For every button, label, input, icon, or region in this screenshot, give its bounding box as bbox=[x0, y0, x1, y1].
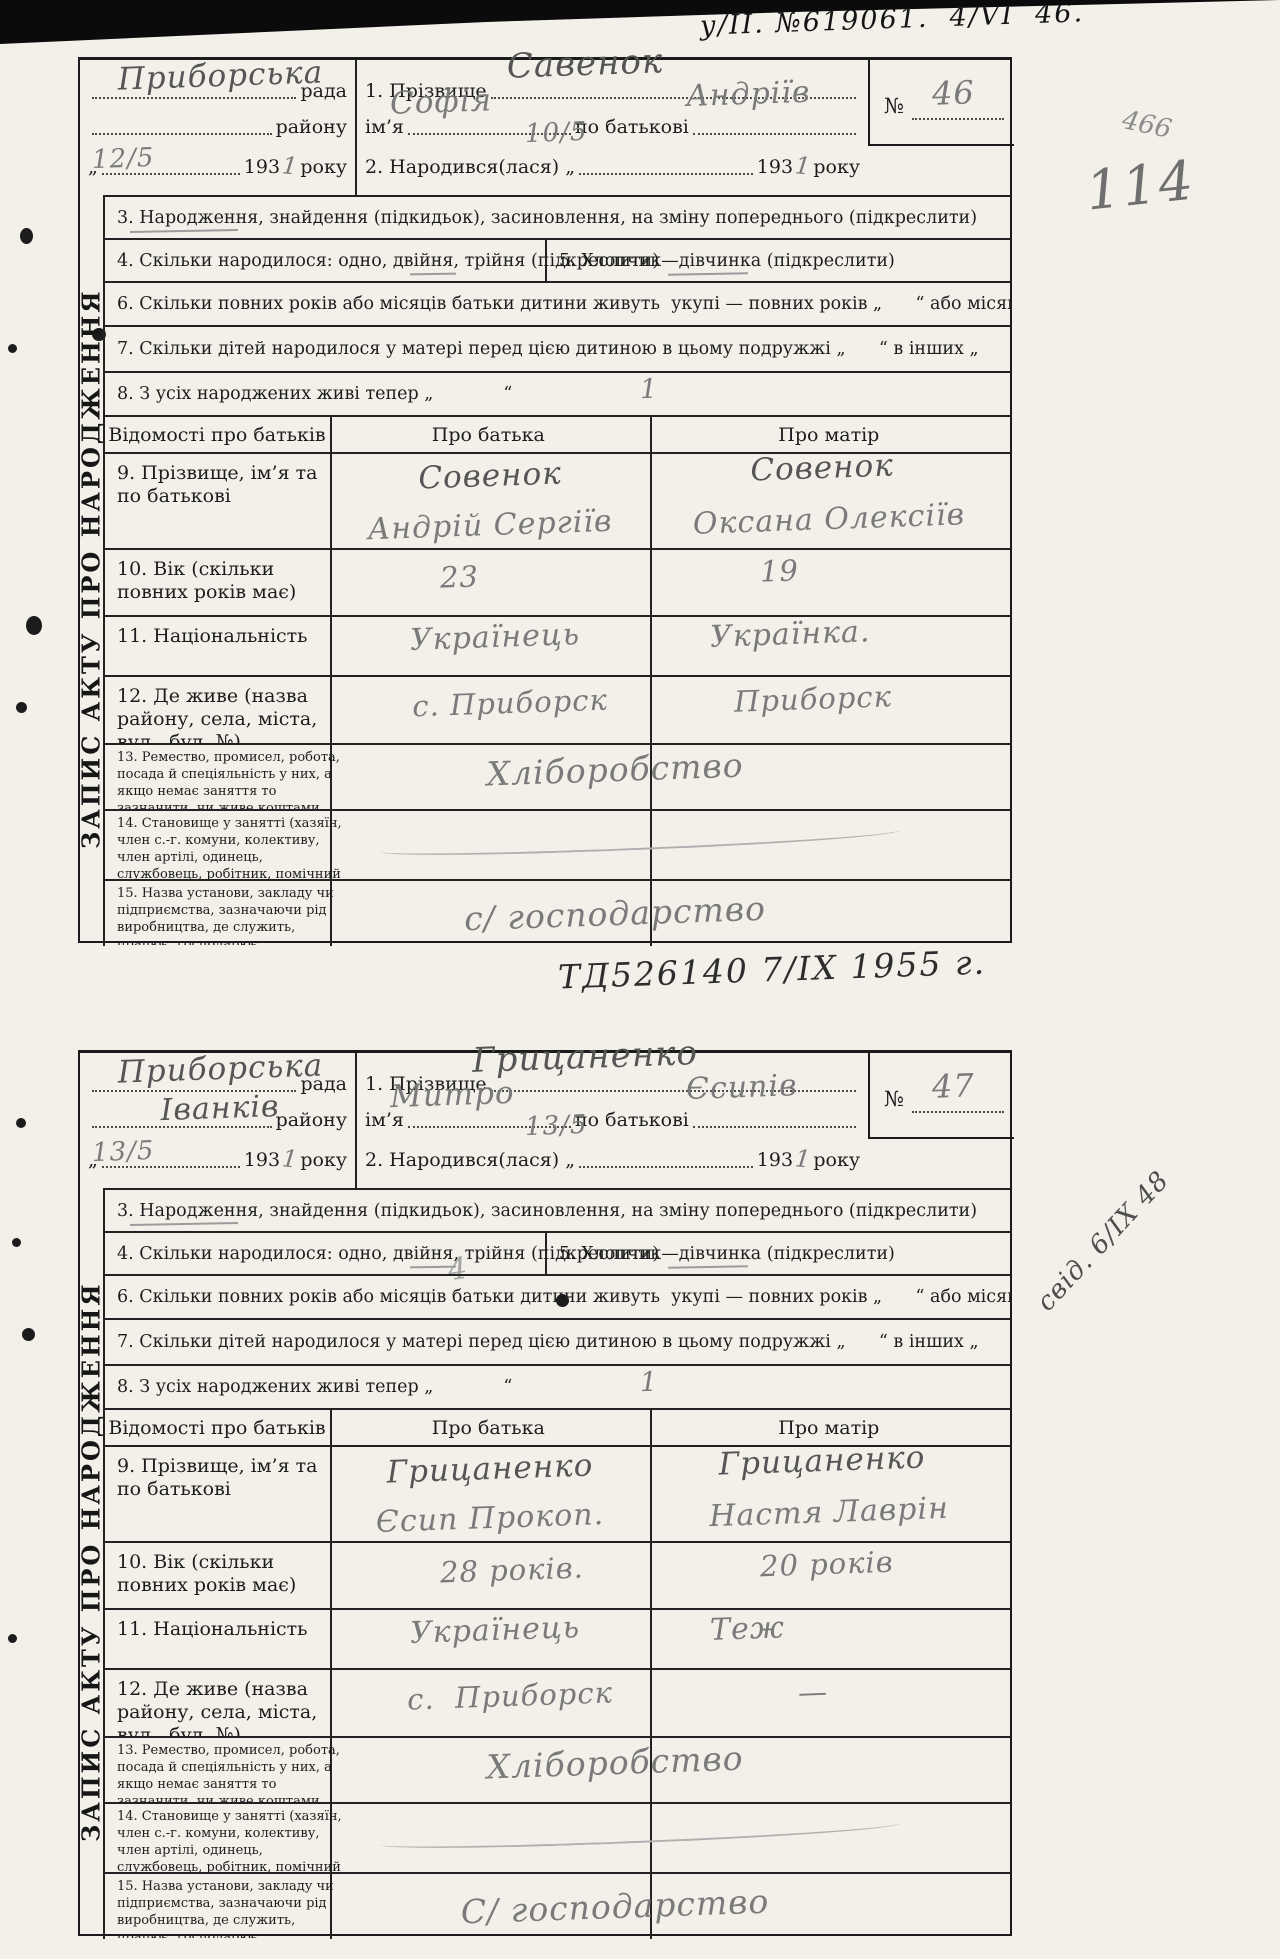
header-about-mother: Про матір bbox=[648, 1417, 1010, 1439]
row-4-label: 4. Скільки народилося: одно, двійня, трі… bbox=[117, 1244, 545, 1264]
dotted-line bbox=[579, 173, 753, 175]
record-number-box: № 46 bbox=[868, 60, 1014, 146]
scan-speck bbox=[12, 1238, 21, 1247]
margin-pencil-number: 466 bbox=[1119, 105, 1174, 145]
row-7-label: 7. Скільки дітей народилося у матері пер… bbox=[117, 1332, 979, 1352]
row-12-label: 12. Де живе (назва району, села, міста, … bbox=[117, 677, 347, 743]
handwritten-birth-day: 10/5 bbox=[524, 117, 587, 149]
handwritten-living-children-count: 1 bbox=[639, 1367, 658, 1399]
header-about-father: Про батька bbox=[329, 1417, 648, 1439]
scan-speck bbox=[8, 1634, 17, 1643]
scan-speck bbox=[20, 228, 33, 244]
row-8-label: 8. З усіх народжених живі тепер „ bbox=[117, 1377, 433, 1397]
handwritten-year-digit: 1 bbox=[281, 1144, 300, 1174]
handwritten-father-age: 23 bbox=[439, 559, 479, 594]
row-10-age: 10. Вік (скільки повних років має) bbox=[105, 548, 1010, 615]
dotted-line bbox=[693, 133, 856, 135]
row-6-parents-years: 6. Скільки повних років або місяців бать… bbox=[105, 281, 1010, 325]
handwritten-registration-date: 12/5 bbox=[91, 143, 154, 175]
row-4-5: 4. Скільки народилося: одно, двійня, трі… bbox=[105, 1231, 1010, 1274]
row-4-label: 4. Скільки народилося: одно, двійня, трі… bbox=[117, 251, 545, 271]
row-10-label: 10. Вік (скільки повних років має) bbox=[117, 550, 347, 604]
scan-speck bbox=[16, 702, 27, 713]
handwritten-year-digit: 1 bbox=[281, 151, 300, 181]
row-10-label: 10. Вік (скільки повних років має) bbox=[117, 1543, 347, 1597]
row-13-label: 13. Ремество, промисел, робота, посада й… bbox=[117, 1738, 347, 1802]
handwritten-father-nationality: Українець bbox=[409, 1610, 580, 1651]
raion-line: району bbox=[88, 116, 347, 138]
handwritten-birth-day: 13/5 bbox=[524, 1110, 587, 1142]
header-about-mother: Про матір bbox=[648, 424, 1010, 446]
close-quote: “ bbox=[503, 384, 512, 404]
scan-speck bbox=[26, 616, 42, 635]
row-7-children-before: 7. Скільки дітей народилося у матері пер… bbox=[105, 325, 1010, 371]
row-11-label: 11. Національність bbox=[117, 1610, 347, 1641]
handwritten-father-nationality: Українець bbox=[409, 617, 580, 658]
scan-speck bbox=[16, 1118, 26, 1128]
handwritten-father-age: 28 років. bbox=[439, 1551, 584, 1590]
handwritten-mother-age: 20 років bbox=[759, 1545, 894, 1584]
patronymic-label: по батькові bbox=[575, 116, 689, 138]
row-14-label: 14. Становище у занятті (хазяїн, член с.… bbox=[117, 1804, 347, 1872]
handwritten-registration-date: 13/5 bbox=[91, 1136, 154, 1168]
handwritten-record-number: 46 bbox=[931, 73, 975, 112]
handwritten-record-number: 47 bbox=[931, 1066, 975, 1105]
raion-label: району bbox=[276, 116, 347, 138]
row-3-label: 3. Народження, знайдення (підкидьок), за… bbox=[117, 208, 977, 228]
roku-label: року bbox=[813, 156, 860, 178]
side-strip: ЗАПИС АКТУ ПРО НАРОДЖЕННЯ bbox=[80, 195, 105, 946]
number-sign-label: № bbox=[884, 1087, 904, 1111]
birth-record-form: рада району „ 193 1 року 1. Прізвище ім’… bbox=[78, 1050, 1012, 1936]
row-3-birth-type: 3. Народження, знайдення (підкидьок), за… bbox=[105, 195, 1010, 238]
record-number-box: № 47 bbox=[868, 1053, 1014, 1139]
row-3-label: 3. Народження, знайдення (підкидьок), за… bbox=[117, 1201, 977, 1221]
dotted-line bbox=[693, 1126, 856, 1128]
handwritten-year-digit: 1 bbox=[794, 1144, 813, 1174]
number-sign-label: № bbox=[884, 94, 904, 118]
row-8-label: 8. З усіх народжених живі тепер „ bbox=[117, 384, 433, 404]
diagonal-certificate-note: свід. 6/ІХ 48 bbox=[1031, 1121, 1217, 1317]
handwritten-child-name: Софія bbox=[389, 82, 492, 122]
row-14-label: 14. Становище у занятті (хазяїн, член с.… bbox=[117, 811, 347, 879]
form-side-title: ЗАПИС АКТУ ПРО НАРОДЖЕННЯ bbox=[74, 195, 108, 943]
row-9-label: 9. Прізвище, ім’я та по батькові bbox=[117, 454, 347, 508]
row-3-birth-type: 3. Народження, знайдення (підкидьок), за… bbox=[105, 1188, 1010, 1231]
between-forms-note: ТД526140 7/ІХ 1955 г. bbox=[557, 943, 986, 997]
handwritten-child-patronymic: Єсипів bbox=[685, 1066, 861, 1107]
row-7-label: 7. Скільки дітей народилося у матері пер… bbox=[117, 339, 979, 359]
row-8-living-children: 8. З усіх народжених живі тепер „ “ bbox=[105, 1364, 1010, 1408]
parents-table-header: Відомості про батьків Про батька Про мат… bbox=[105, 415, 1010, 452]
form-side-title: ЗАПИС АКТУ ПРО НАРОДЖЕННЯ bbox=[74, 1188, 108, 1936]
column-divider bbox=[545, 1231, 547, 1274]
handwritten-child-patronymic: Андріїв bbox=[685, 73, 861, 114]
birthdate-line: 2. Народився(лася) „ 193 1 року bbox=[365, 152, 860, 178]
row-8-living-children: 8. З усіх народжених живі тепер „ “ bbox=[105, 371, 1010, 415]
row-11-label: 11. Національність bbox=[117, 617, 347, 648]
birth-record-form: рада району „ 193 1 року 1. Прізвище ім’… bbox=[78, 57, 1012, 943]
year-193-label: 193 bbox=[244, 1149, 280, 1171]
archive-reference-note: у/ІІ. №619061. 4/VІ 46. bbox=[700, 0, 1085, 42]
year-193-label: 193 bbox=[757, 156, 793, 178]
year-193-label: 193 bbox=[757, 1149, 793, 1171]
row-15-label: 15. Назва установи, закладу чи підприємс… bbox=[117, 1874, 347, 1938]
handwritten-child-name: Митро bbox=[389, 1075, 515, 1115]
row-6-label: 6. Скільки повних років або місяців бать… bbox=[117, 1287, 1010, 1307]
parents-table-header: Відомості про батьків Про батька Про мат… bbox=[105, 1408, 1010, 1445]
born-label: 2. Народився(лася) „ bbox=[365, 156, 575, 178]
header-parents-info: Відомості про батьків bbox=[105, 1417, 329, 1439]
row-7-children-before: 7. Скільки дітей народилося у матері пер… bbox=[105, 1318, 1010, 1364]
dotted-line bbox=[579, 1166, 753, 1168]
row-4-5: 4. Скільки народилося: одно, двійня, трі… bbox=[105, 238, 1010, 281]
scan-speck bbox=[22, 1328, 35, 1341]
side-strip: ЗАПИС АКТУ ПРО НАРОДЖЕННЯ bbox=[80, 1188, 105, 1939]
row-6-parents-years: 6. Скільки повних років або місяців бать… bbox=[105, 1274, 1010, 1318]
handwritten-living-children-count: 1 bbox=[639, 374, 658, 406]
margin-pencil-number: 114 bbox=[1083, 148, 1198, 222]
row-15-label: 15. Назва установи, закладу чи підприємс… bbox=[117, 881, 347, 945]
birthdate-line: 2. Народився(лася) „ 193 1 року bbox=[365, 1145, 860, 1171]
born-label: 2. Народився(лася) „ bbox=[365, 1149, 575, 1171]
close-quote: “ bbox=[503, 1377, 512, 1397]
roku-label: року bbox=[813, 1149, 860, 1171]
patronymic-label: по батькові bbox=[575, 1109, 689, 1131]
row-13-label: 13. Ремество, промисел, робота, посада й… bbox=[117, 745, 347, 809]
scan-speck bbox=[8, 344, 17, 353]
handwritten-year-digit: 1 bbox=[794, 151, 813, 181]
roku-label: року bbox=[300, 156, 347, 178]
header-parents-info: Відомості про батьків bbox=[105, 424, 329, 446]
column-divider bbox=[545, 238, 547, 281]
dotted-line bbox=[92, 133, 272, 135]
roku-label: року bbox=[300, 1149, 347, 1171]
handwritten-mother-age: 19 bbox=[759, 553, 799, 588]
row-12-label: 12. Де живе (назва району, села, міста, … bbox=[117, 1670, 347, 1736]
dotted-line bbox=[912, 118, 1004, 120]
row-5-label: 5. Хлопчик—дівчинка (підкреслити) bbox=[545, 1244, 895, 1264]
row-6-label: 6. Скільки повних років або місяців бать… bbox=[117, 294, 1010, 314]
row-9-label: 9. Прізвище, ім’я та по батькові bbox=[117, 1447, 347, 1501]
scanned-paper: у/ІІ. №619061. 4/VІ 46. ТД526140 7/ІХ 19… bbox=[0, 0, 1280, 1959]
row-5-label: 5. Хлопчик—дівчинка (підкреслити) bbox=[545, 251, 895, 271]
dotted-line bbox=[912, 1111, 1004, 1113]
year-193-label: 193 bbox=[244, 156, 280, 178]
header-about-father: Про батька bbox=[329, 424, 648, 446]
